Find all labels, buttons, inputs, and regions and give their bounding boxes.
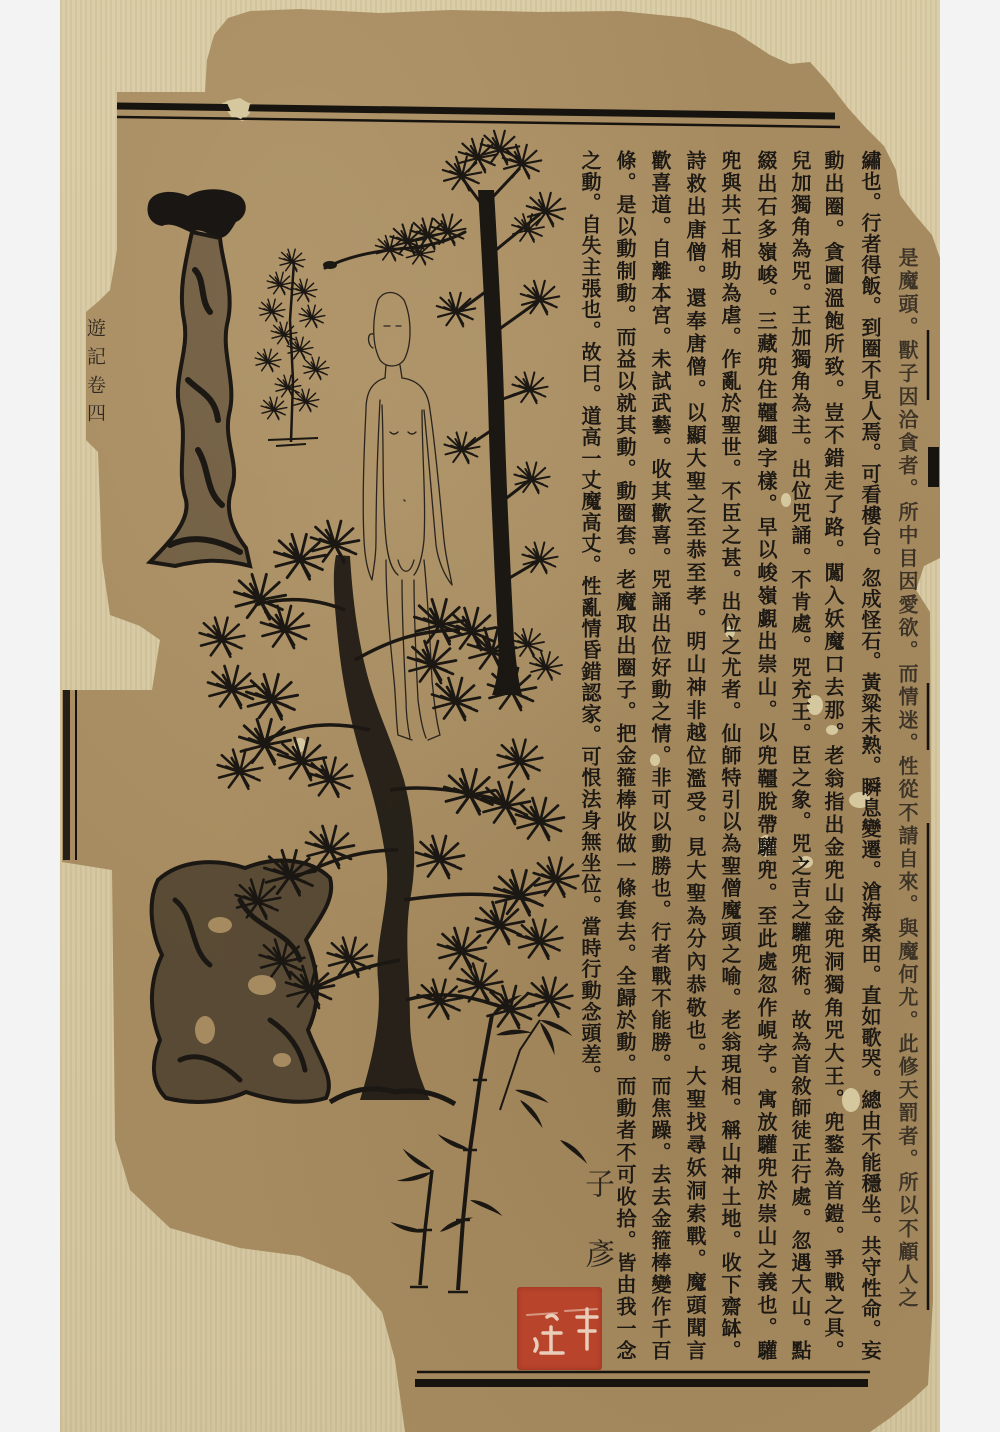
bamboo-leaf	[496, 1026, 533, 1038]
needle-cluster	[261, 397, 287, 419]
top-border-thin	[117, 117, 840, 127]
bamboo-leaf	[469, 1198, 505, 1216]
top-border-thick	[117, 106, 835, 116]
text-column-7: 詩救出唐僧。還奉唐僧。以顯大聖之至恭至孝。明山神非越位濫受。見大聖為分內恭敬也。…	[678, 150, 712, 1360]
needle-cluster	[518, 920, 563, 959]
right-border-block	[928, 447, 939, 487]
needle-cluster	[255, 349, 281, 371]
needle-cluster	[516, 798, 564, 840]
needle-cluster	[328, 938, 373, 977]
text-column-8: 歡喜道。自離本宮。未試武藝。收其歡喜。兕誦出位好動之情。非可以動勝也。行者戰不能…	[643, 150, 677, 1360]
needle-cluster	[200, 618, 245, 657]
seal-glyph-right	[577, 1309, 597, 1349]
needle-cluster	[416, 836, 464, 878]
needle-cluster	[267, 272, 293, 294]
rock-hole	[273, 1053, 291, 1067]
needle-cluster	[512, 214, 544, 242]
needle-cluster	[259, 299, 285, 321]
figure-neck	[385, 365, 402, 378]
needle-cluster	[481, 131, 519, 165]
bamboo-stem	[458, 1015, 492, 1290]
margin-title: 遊記卷四	[82, 318, 108, 422]
text-column-3: 動出圈。貪圖溫飽所致。豈不錯走了路。闖入妖魔口去那。老翁指出金兜山金兜洞獨角兕大…	[816, 150, 850, 1360]
sapling-ground	[268, 438, 318, 446]
needle-cluster	[498, 740, 543, 779]
bamboo-leaf	[400, 1149, 434, 1172]
left-border-thick	[63, 690, 70, 860]
needle-cluster	[528, 978, 573, 1017]
bamboo-leaf	[389, 1222, 426, 1234]
bird-head	[323, 261, 337, 269]
bamboo-leaf	[435, 1134, 471, 1152]
needle-cluster	[246, 674, 297, 719]
text-column-1: 是魔頭。獸子因洽貪者。所中目因愛欲。而情迷。性從不請自來。與魔何尤。此修天罰者。…	[890, 247, 924, 1307]
ink-painting	[0, 0, 1000, 1432]
garden-rock	[152, 861, 332, 1102]
figure-right-arm	[402, 378, 452, 585]
needle-cluster	[432, 678, 480, 720]
needle-cluster	[303, 357, 329, 379]
needle-cluster	[438, 928, 486, 970]
needle-cluster	[274, 534, 325, 579]
text-column-6: 兜與共工相助為虐。作亂於聖世。不臣之甚。出位之尤者。仙師特引以為聖僧魔頭之喻。老…	[713, 150, 747, 1360]
bamboo-leaf	[397, 1168, 433, 1186]
figure-legs	[386, 560, 440, 740]
bamboo-leaf	[558, 1138, 591, 1164]
needle-cluster	[530, 652, 562, 680]
needle-cluster	[208, 666, 256, 708]
figure-torso	[382, 405, 425, 575]
text-column-5: 綴出石多嶺峻。三藏兜住韁繩字樣。早以峻嶺覷出崇山。以兜韁脫帶驩兜。至此處忽作峴字…	[749, 150, 783, 1360]
seal-glyph-left	[535, 1315, 563, 1353]
needle-cluster	[444, 432, 479, 463]
seal-stamp	[517, 1287, 602, 1370]
scholar-rock	[148, 189, 250, 566]
needle-cluster	[234, 574, 285, 619]
needle-cluster	[271, 322, 297, 344]
artist-signature: 子彥	[578, 1168, 614, 1268]
needle-cluster	[494, 870, 545, 915]
needle-cluster	[418, 980, 463, 1019]
needle-cluster	[299, 305, 325, 327]
bamboo-leaf	[439, 1212, 473, 1235]
rock-hole	[248, 975, 276, 995]
rock-hole	[208, 917, 232, 933]
needle-cluster	[512, 629, 544, 657]
bamboo	[389, 990, 591, 1292]
rock-top	[148, 189, 246, 238]
text-column-10: 之動。自失主張也。故曰。道高一丈魔高丈。性亂情昏錯認家。可恨法身無坐位。當時行動…	[573, 150, 607, 1085]
needle-cluster	[291, 279, 317, 301]
needle-cluster	[512, 372, 547, 403]
text-column-4: 兒加獨角為兕。王加獨角為主。出位兕誦。不肯處。兕充王。臣之象。兕之吉之驩兜術。故…	[783, 150, 817, 1360]
bamboo-leaf	[514, 1088, 550, 1103]
needle-cluster	[414, 599, 465, 644]
text-column-2: 繡也。行者得飯。到圈不見人焉。可看樓台。忽成怪石。黃粱未熟。瞬息變遷。滄海桑田。…	[853, 150, 887, 1360]
figure-head	[374, 293, 410, 367]
needle-cluster	[239, 719, 290, 764]
rock-hole	[195, 1016, 215, 1044]
needle-cluster	[437, 293, 475, 327]
pine-sapling	[255, 249, 329, 446]
needle-cluster	[308, 758, 353, 797]
bamboo-stem	[420, 1170, 432, 1285]
needle-cluster	[503, 145, 541, 179]
bamboo-leaf	[517, 1098, 547, 1128]
seal-glyphs	[517, 1287, 602, 1370]
needle-cluster	[279, 249, 305, 271]
needle-cluster	[476, 902, 524, 944]
figure-ear	[369, 334, 374, 348]
